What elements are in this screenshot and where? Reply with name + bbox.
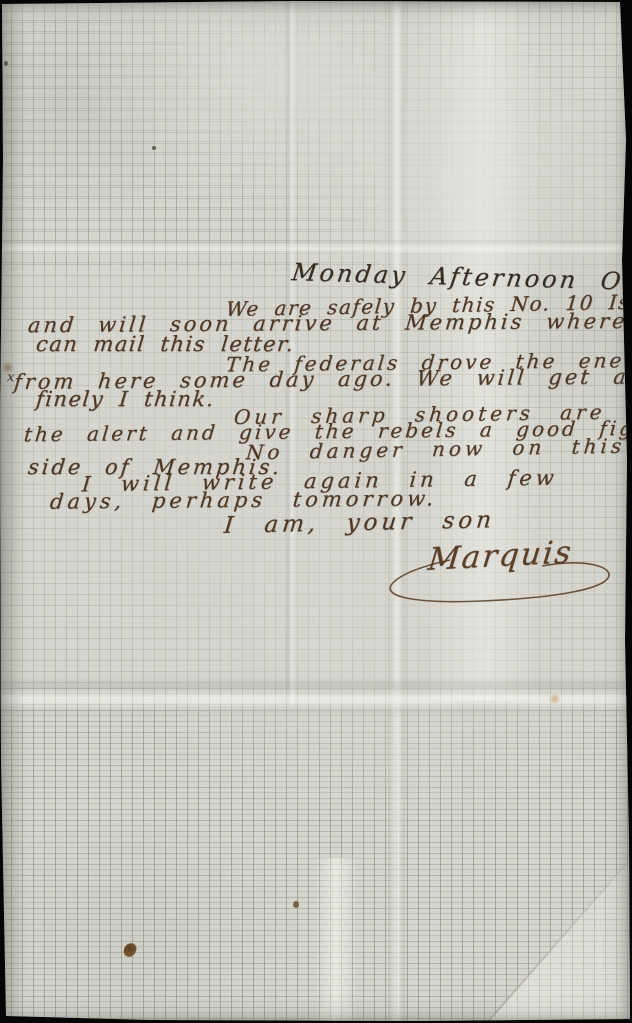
scan-background: Monday Afternoon Oct 27 We are safely by…: [0, 0, 632, 1023]
paper-edge-shadow: [0, 0, 632, 1023]
paper-edge-bottom: [0, 1011, 632, 1023]
letter-paper: Monday Afternoon Oct 27 We are safely by…: [0, 0, 632, 1023]
paper-edge-left: [0, 0, 24, 1023]
paper-edge-right: [616, 0, 632, 1023]
paper-edge-top: [0, 0, 632, 14]
